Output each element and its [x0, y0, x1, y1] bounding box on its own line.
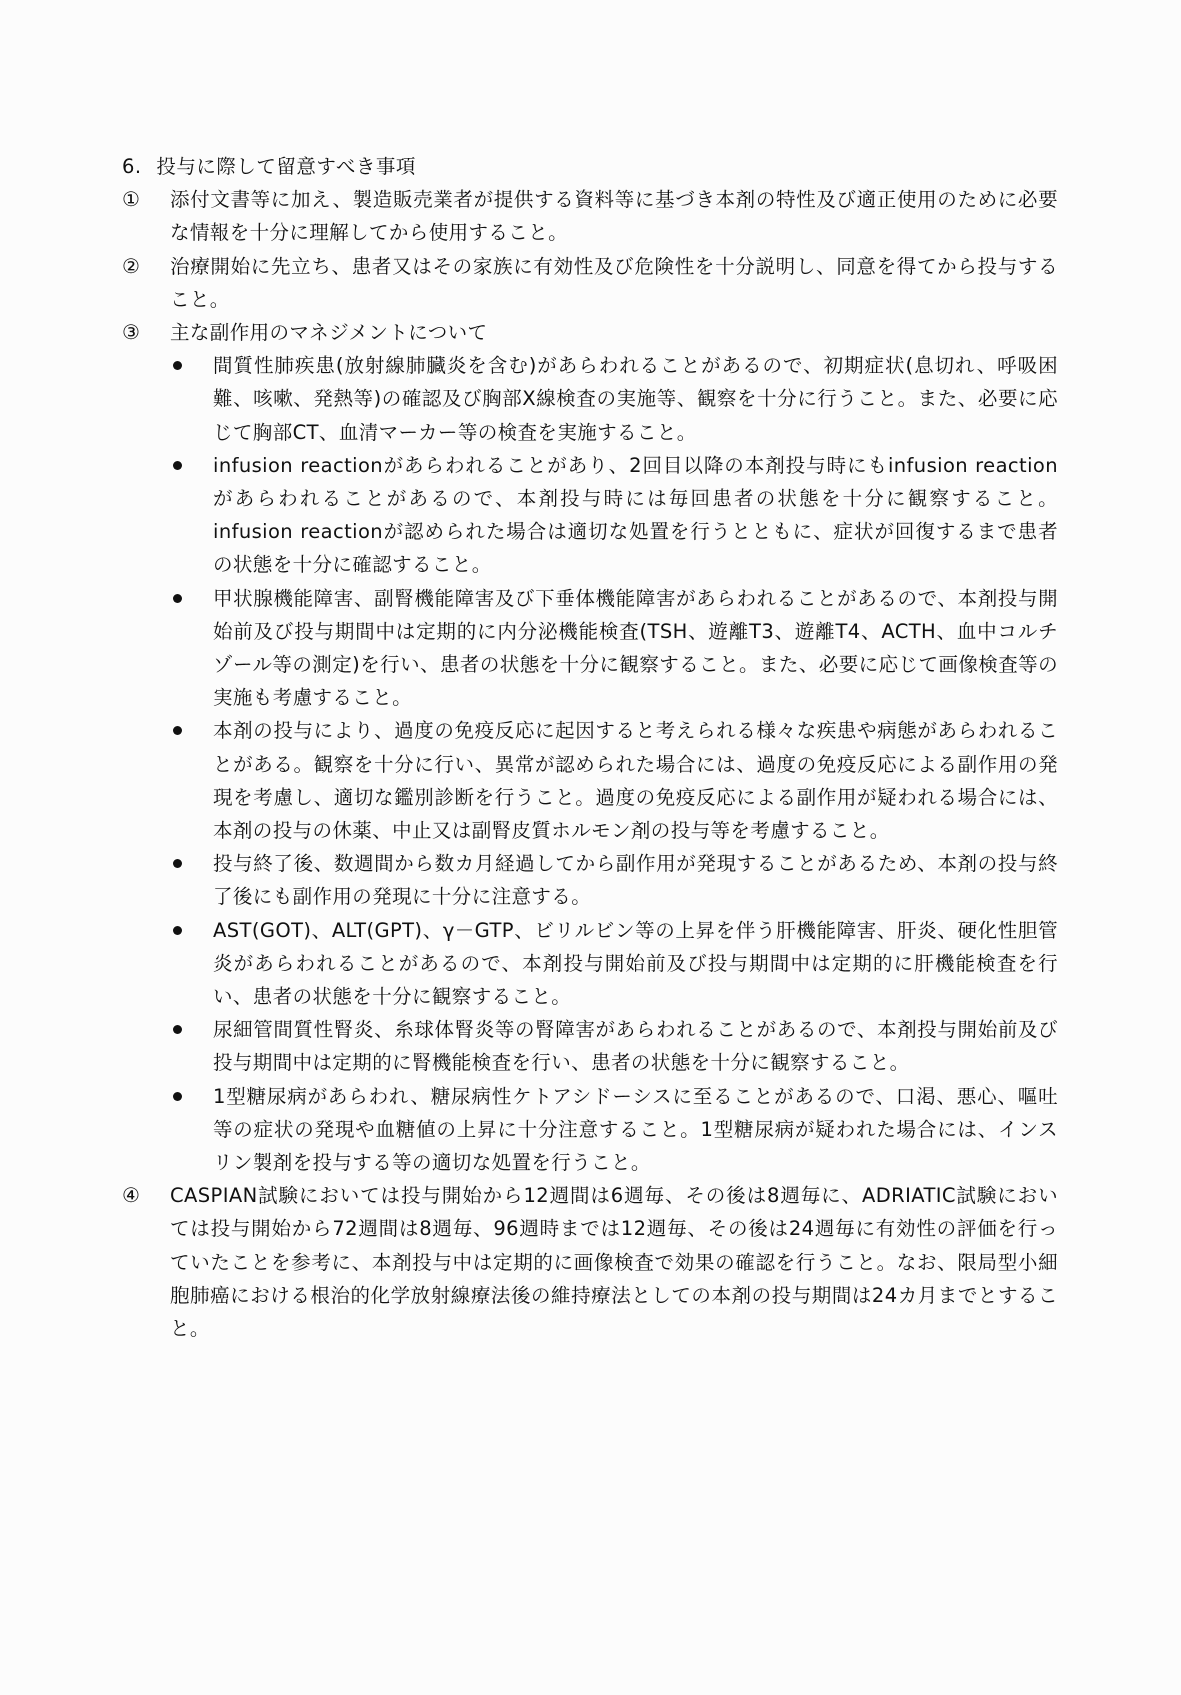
item-marker: ② [122, 250, 152, 283]
bullet-icon [173, 1025, 182, 1034]
bullet-item: 1型糖尿病があらわれ、糖尿病性ケトアシドーシスに至ることがあるので、口渇、悪心、… [170, 1080, 1058, 1180]
bullet-icon [173, 726, 182, 735]
bullet-icon [173, 926, 182, 935]
bullet-text: 間質性肺疾患(放射線肺臓炎を含む)があらわれることがあるので、初期症状(息切れ、… [213, 354, 1058, 443]
list-item-1: ① 添付文書等に加え、製造販売業者が提供する資料等に基づき本剤の特性及び適正使用… [122, 183, 1058, 249]
bullet-item: 尿細管間質性腎炎、糸球体腎炎等の腎障害があらわれることがあるので、本剤投与開始前… [170, 1013, 1058, 1079]
list-item-3: ③ 主な副作用のマネジメントについて [122, 316, 1058, 349]
item-marker: ④ [122, 1179, 152, 1212]
item-text: 治療開始に先立ち、患者又はその家族に有効性及び危険性を十分説明し、同意を得てから… [170, 255, 1058, 311]
bullet-icon [173, 361, 182, 370]
bullet-icon [173, 1092, 182, 1101]
bullet-item: 甲状腺機能障害、副腎機能障害及び下垂体機能障害があらわれることがあるので、本剤投… [170, 582, 1058, 715]
bullet-icon [173, 461, 182, 470]
bullet-text: 尿細管間質性腎炎、糸球体腎炎等の腎障害があらわれることがあるので、本剤投与開始前… [213, 1018, 1058, 1074]
section-heading: 6. 投与に際して留意すべき事項 [122, 150, 1058, 183]
bullet-item: infusion reactionがあらわれることがあり、2回目以降の本剤投与時… [170, 449, 1058, 582]
bullet-text: AST(GOT)、ALT(GPT)、γ－GTP、ビリルビン等の上昇を伴う肝機能障… [213, 919, 1058, 1008]
bullet-text: 甲状腺機能障害、副腎機能障害及び下垂体機能障害があらわれることがあるので、本剤投… [213, 587, 1058, 710]
bullet-text: 投与終了後、数週間から数カ月経過してから副作用が発現することがあるため、本剤の投… [213, 852, 1058, 908]
item-marker: ① [122, 183, 152, 216]
bullet-icon [173, 594, 182, 603]
side-effect-list: 間質性肺疾患(放射線肺臓炎を含む)があらわれることがあるので、初期症状(息切れ、… [122, 349, 1058, 1179]
section-number: 6. [122, 155, 142, 178]
bullet-item: AST(GOT)、ALT(GPT)、γ－GTP、ビリルビン等の上昇を伴う肝機能障… [170, 914, 1058, 1014]
list-item-2: ② 治療開始に先立ち、患者又はその家族に有効性及び危険性を十分説明し、同意を得て… [122, 250, 1058, 316]
bullet-icon [173, 859, 182, 868]
list-item-4: ④ CASPIAN試験においては投与開始から12週間は6週毎、その後は8週毎に、… [122, 1179, 1058, 1345]
item-text: 主な副作用のマネジメントについて [170, 316, 1058, 349]
bullet-text: 1型糖尿病があらわれ、糖尿病性ケトアシドーシスに至ることがあるので、口渇、悪心、… [213, 1085, 1058, 1174]
document-page: 6. 投与に際して留意すべき事項 ① 添付文書等に加え、製造販売業者が提供する資… [122, 150, 1058, 1345]
bullet-text: 本剤の投与により、過度の免疫反応に起因すると考えられる様々な疾患や病態があらわれ… [213, 719, 1058, 842]
item-text: 添付文書等に加え、製造販売業者が提供する資料等に基づき本剤の特性及び適正使用のた… [170, 188, 1058, 244]
bullet-item: 間質性肺疾患(放射線肺臓炎を含む)があらわれることがあるので、初期症状(息切れ、… [170, 349, 1058, 449]
bullet-text: infusion reactionがあらわれることがあり、2回目以降の本剤投与時… [213, 454, 1058, 577]
bullet-item: 投与終了後、数週間から数カ月経過してから副作用が発現することがあるため、本剤の投… [170, 847, 1058, 913]
section-title: 投与に際して留意すべき事項 [156, 155, 416, 178]
item-text: CASPIAN試験においては投与開始から12週間は6週毎、その後は8週毎に、AD… [170, 1184, 1058, 1340]
bullet-item: 本剤の投与により、過度の免疫反応に起因すると考えられる様々な疾患や病態があらわれ… [170, 714, 1058, 847]
item-marker: ③ [122, 316, 152, 349]
